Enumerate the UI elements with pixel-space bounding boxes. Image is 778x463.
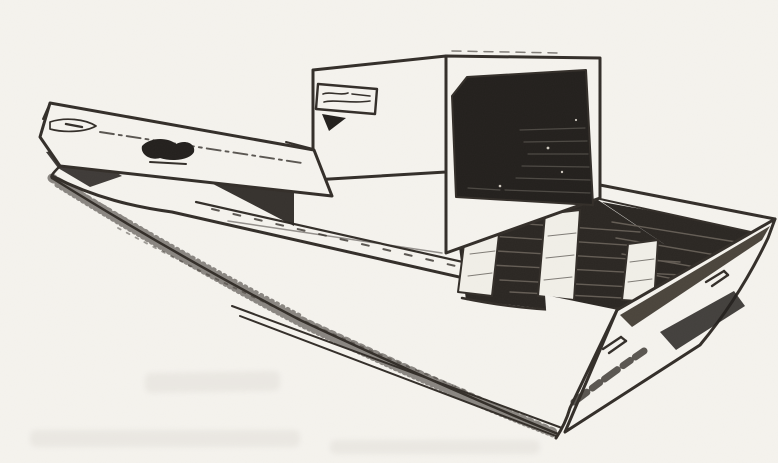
paddle-boat-illustration	[0, 0, 778, 463]
scanned-page	[0, 0, 778, 463]
paper-grain-overlay	[0, 0, 778, 463]
